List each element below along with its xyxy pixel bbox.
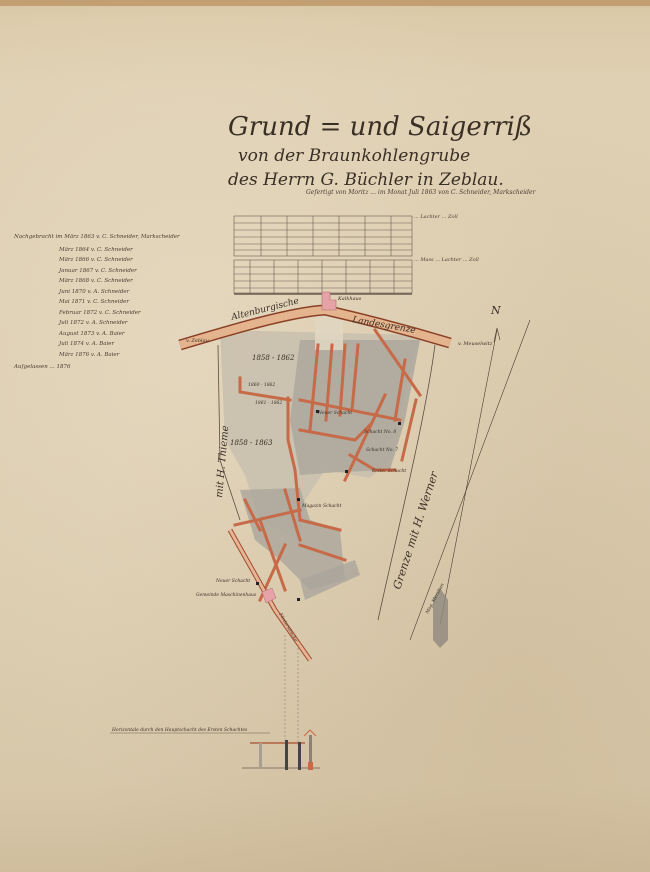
road-end-left: v. Zeblau bbox=[186, 338, 209, 344]
mine-map-drawing: ... Lachter ... Zoll ... Mass ... Lachte… bbox=[0, 0, 650, 872]
area-label: 1861 - 1862 bbox=[255, 400, 282, 406]
projection-lines bbox=[285, 635, 298, 745]
vertical-section bbox=[110, 730, 320, 770]
shaft-label: Erster Schacht bbox=[371, 468, 406, 474]
shaft-label: Gemeinde Maschinenhaus bbox=[196, 592, 257, 598]
scale-table bbox=[234, 216, 412, 294]
section-label: Horizontale durch den Hauptschacht des E… bbox=[111, 727, 248, 733]
shaft-label: Neuer Schacht bbox=[317, 410, 352, 416]
building-label: Kalkhaus bbox=[337, 296, 362, 302]
kalkhaus-building bbox=[322, 292, 336, 310]
scale-label-bottom: ... Mass ... Lachter ... Zoll bbox=[414, 257, 479, 263]
road-end-right: v. Meuselwitz bbox=[458, 341, 493, 347]
scale-label-top: ... Lachter ... Zoll bbox=[414, 214, 458, 220]
road-label-right: Landesgrenze bbox=[350, 315, 416, 336]
area-label: 1858 - 1862 bbox=[252, 354, 295, 362]
shaft-label: Neuer Schacht bbox=[215, 578, 250, 584]
area-label: 1858 - 1863 bbox=[230, 439, 273, 447]
area-label: 1860 - 1862 bbox=[248, 382, 275, 388]
shaft-label: Schacht No. 7 bbox=[366, 447, 398, 453]
shaft-label: Schacht No. 8 bbox=[364, 429, 396, 435]
haulage-label: Förderstrecke bbox=[277, 611, 299, 643]
worked-areas bbox=[220, 315, 420, 600]
shaft-label: Magazin Schacht bbox=[301, 503, 342, 509]
north-label: N bbox=[490, 304, 501, 317]
